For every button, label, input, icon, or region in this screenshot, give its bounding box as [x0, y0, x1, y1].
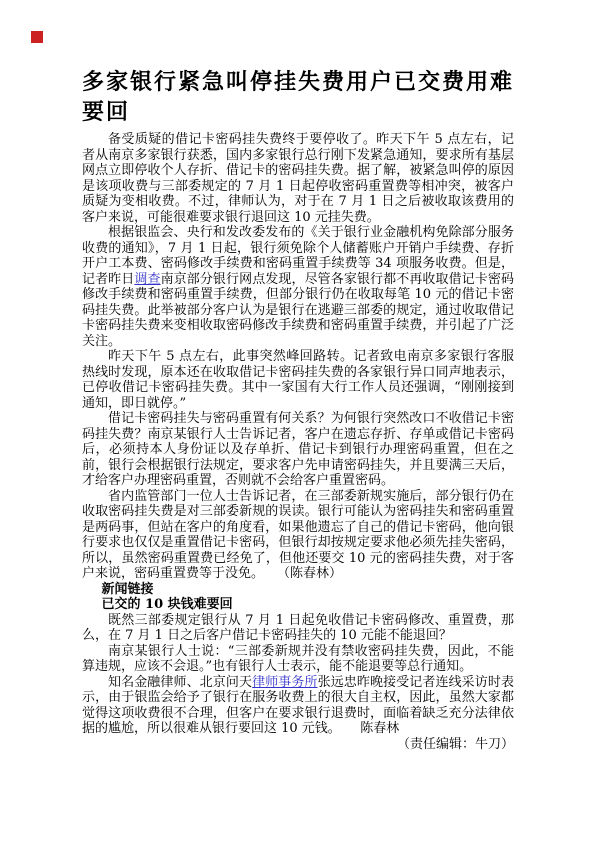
diaocha-link[interactable]: 调查	[134, 272, 160, 287]
subhead-news-link: 新闻链接	[82, 582, 514, 598]
subhead-refund-difficult: 已交的 10 块钱难要回	[82, 597, 514, 613]
red-marker-square	[31, 31, 43, 43]
paragraph-lead: 备受质疑的借记卡密码挂失费终于要停收了。昨天下午 5 点左右，记者从南京多家银行…	[82, 132, 514, 225]
editor-credit: （责任编辑：牛刀）	[82, 737, 514, 753]
paragraph-refund-question: 既然三部委规定银行从 7 月 1 日起免收借记卡密码修改、重置费，那么，在 7 …	[82, 613, 514, 644]
article-body: 备受质疑的借记卡密码挂失费终于要停收了。昨天下午 5 点左右，记者从南京多家银行…	[82, 132, 514, 752]
paragraph-regulator-view: 省内监管部门一位人士告诉记者，在三部委新规实施后，部分银行仍在收取密码挂失费是对…	[82, 489, 514, 582]
paragraph-turnaround: 昨天下午 5 点左右，此事突然峰回路转。记者致电南京多家银行客服热线时发现，原本…	[82, 349, 514, 411]
article-content: 多家银行紧急叫停挂失费用户已交费用难要回 备受质疑的借记卡密码挂失费终于要停收了…	[0, 0, 595, 752]
paragraph-regulation: 根据银监会、央行和发改委发布的《关于银行业金融机构免除部分服务收费的通知》，7 …	[82, 225, 514, 349]
article-page: 多家银行紧急叫停挂失费用户已交费用难要回 备受质疑的借记卡密码挂失费终于要停收了…	[0, 0, 595, 842]
law-firm-link[interactable]: 律师事务所	[252, 675, 318, 690]
paragraph-lawyer-view: 知名金融律师、北京问天律师事务所张远忠昨晚接受记者连线采访时表示，由于银监会给予…	[82, 675, 514, 737]
article-title: 多家银行紧急叫停挂失费用户已交费用难要回	[82, 68, 514, 128]
paragraph-lawyer-text: 知名金融律师、北京问天	[108, 675, 252, 690]
paragraph-bank-response: 南京某银行人士说：“三部委新规并没有禁收密码挂失费，因此，不能算违规，应该不会退…	[82, 644, 514, 675]
paragraph-explanation: 借记卡密码挂失与密码重置有何关系？为何银行突然改口不收借记卡密码挂失费？南京某银…	[82, 411, 514, 489]
